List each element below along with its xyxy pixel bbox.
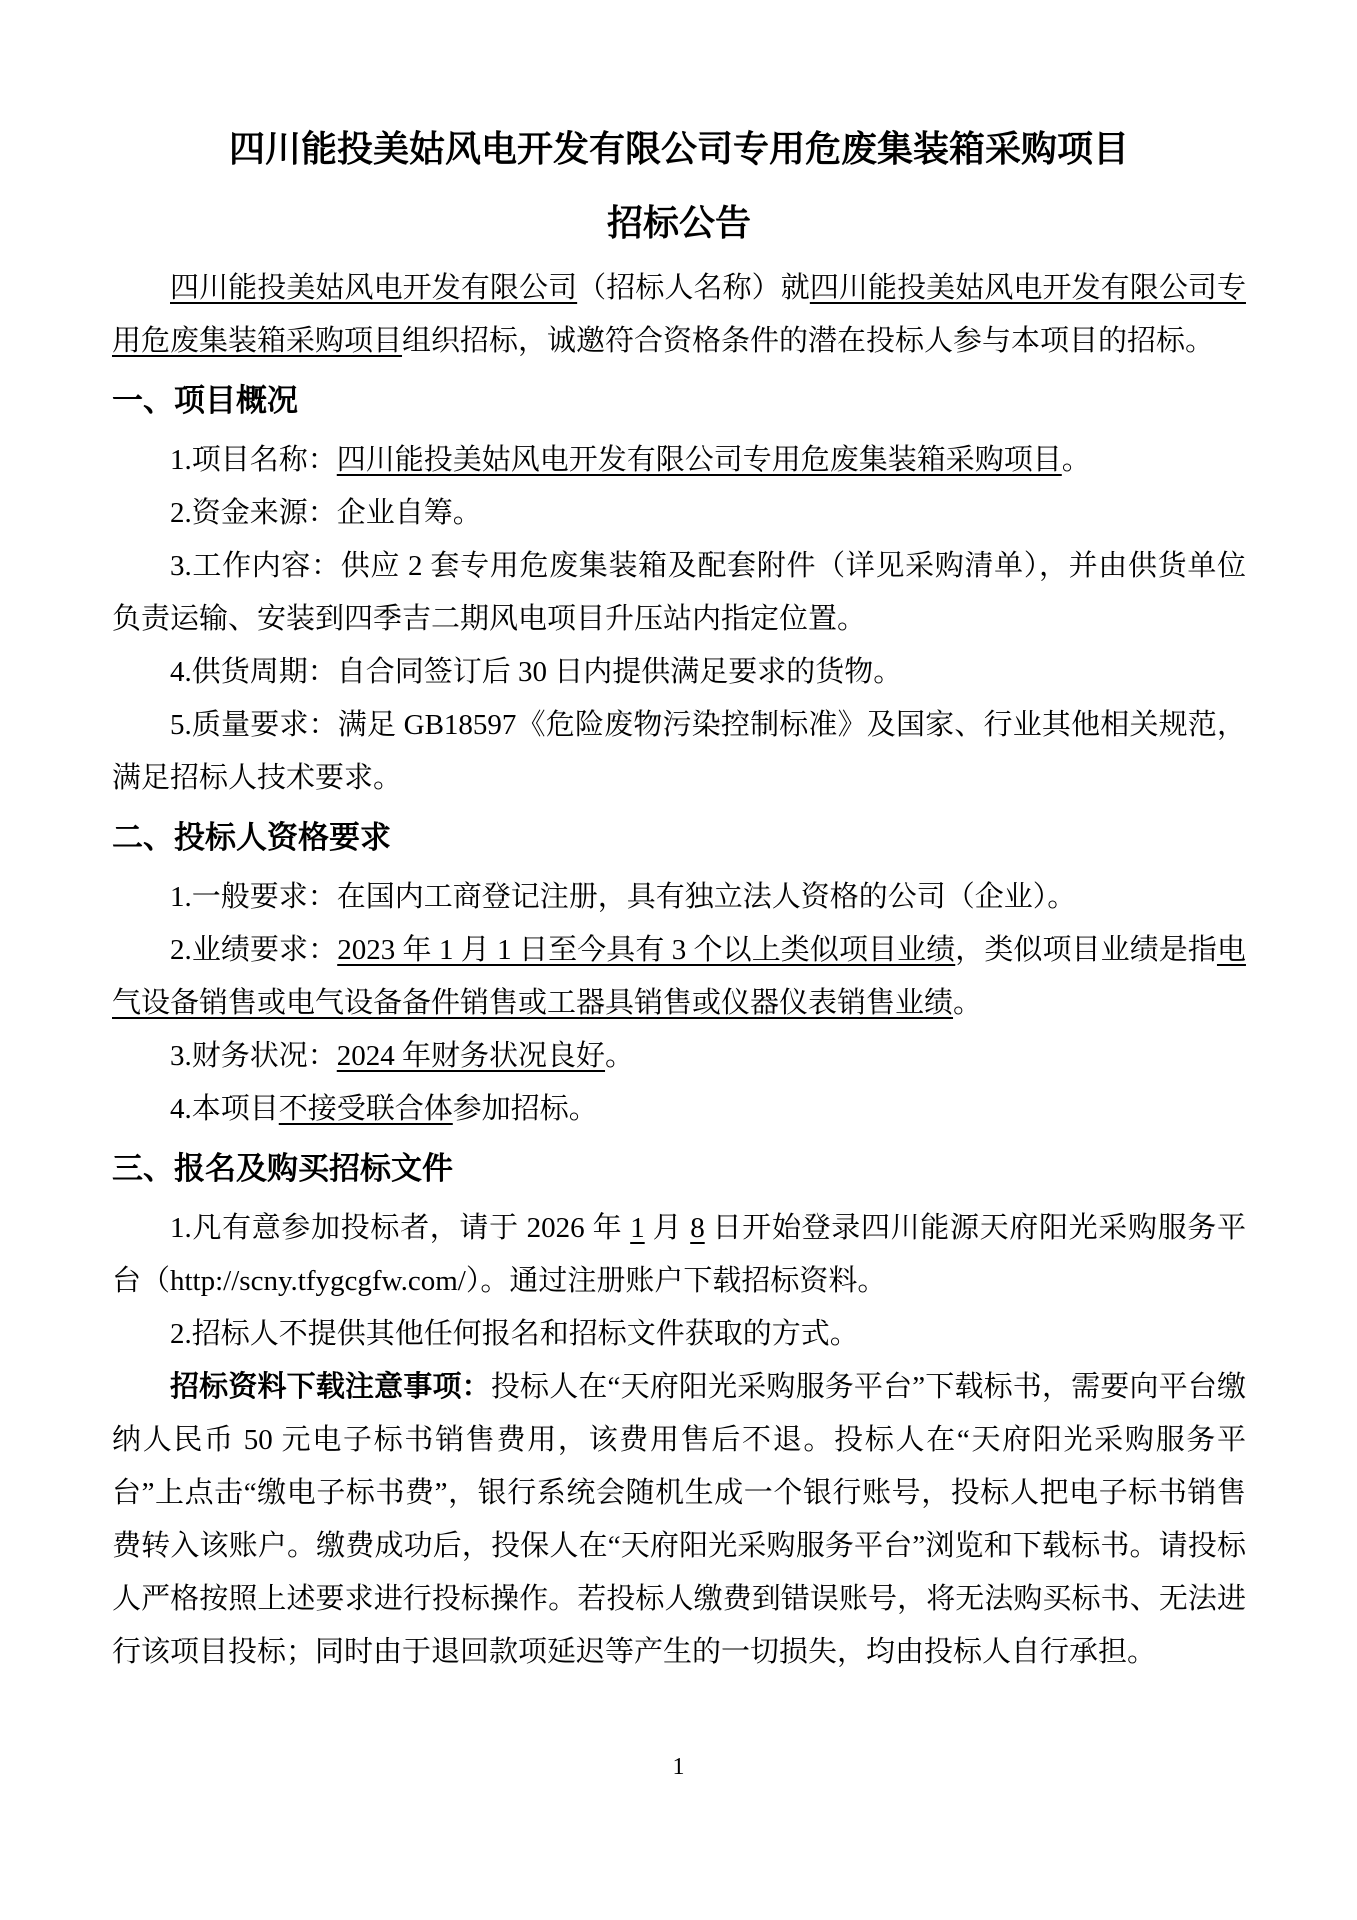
intro-paragraph: 四川能投美姑风电开发有限公司（招标人名称）就四川能投美姑风电开发有限公司专用危废… (112, 262, 1246, 368)
text-run: 。 (605, 1040, 634, 1072)
text-run: 。 (1062, 444, 1091, 476)
download-notice-paragraph: 招标资料下载注意事项：投标人在“天府阳光采购服务平台”下载标书，需要向平台缴纳人… (112, 1361, 1246, 1679)
text-run: 1.项目名称： (170, 444, 337, 476)
text-run: 三、报名及购买招标文件 (112, 1151, 453, 1186)
text-run: 2.招标人不提供其他任何报名和招标文件获取的方式。 (170, 1318, 859, 1350)
text-run: 3.财务状况： (170, 1040, 337, 1072)
text-run: 3.工作内容：供应 2 套专用危废集装箱及配套附件（详见采购清单），并由供货单位… (112, 550, 1246, 635)
work-scope-item: 3.工作内容：供应 2 套专用危废集装箱及配套附件（详见采购清单），并由供货单位… (112, 540, 1246, 646)
text-run: 二、投标人资格要求 (112, 820, 391, 855)
text-run: 2.资金来源：企业自筹。 (170, 497, 482, 529)
no-other-method-item: 2.招标人不提供其他任何报名和招标文件获取的方式。 (112, 1308, 1246, 1361)
bold-text: 招标资料下载注意事项： (170, 1371, 491, 1403)
funding-source-item: 2.资金来源：企业自筹。 (112, 487, 1246, 540)
text-run: 投标人在“天府阳光采购服务平台”下载标书，需要向平台缴纳人民币 50 元电子标书… (112, 1371, 1246, 1668)
document-subtitle: 招标公告 (112, 186, 1246, 260)
underlined-text: 2023 年 1 月 1 日至今具有 3 个以上类似项目业绩 (337, 934, 955, 966)
text-run: 参加招标。 (453, 1093, 598, 1125)
registration-item: 1.凡有意参加投标者，请于 2026 年 1 月 8 日开始登录四川能源天府阳光… (112, 1202, 1246, 1308)
text-run: 一、项目概况 (112, 383, 298, 418)
delivery-period-item: 4.供货周期：自合同签订后 30 日内提供满足要求的货物。 (112, 646, 1246, 699)
section-3-heading: 三、报名及购买招标文件 (112, 1136, 1246, 1202)
text-run: 1.凡有意参加投标者，请于 2026 年 (170, 1212, 630, 1244)
text-run: （招标人名称）就 (577, 272, 810, 304)
text-run: 2.业绩要求： (170, 934, 337, 966)
text-run: 4.供货周期：自合同签订后 30 日内提供满足要求的货物。 (170, 656, 902, 688)
performance-requirement-item: 2.业绩要求：2023 年 1 月 1 日至今具有 3 个以上类似项目业绩，类似… (112, 924, 1246, 1030)
text-run: 1.一般要求：在国内工商登记注册，具有独立法人资格的公司（企业）。 (170, 881, 1076, 913)
text-run: 4.本项目 (170, 1093, 279, 1125)
text-run: 月 (645, 1212, 691, 1244)
section-1-heading: 一、项目概况 (112, 368, 1246, 434)
page-number: 1 (0, 1752, 1357, 1782)
underlined-text: 不接受联合体 (279, 1093, 453, 1125)
underlined-text: 8 (690, 1212, 705, 1244)
underlined-text: 1 (630, 1212, 645, 1244)
financial-status-item: 3.财务状况：2024 年财务状况良好。 (112, 1030, 1246, 1083)
document-page: 四川能投美姑风电开发有限公司专用危废集装箱采购项目 招标公告 四川能投美姑风电开… (0, 0, 1357, 1920)
section-2-heading: 二、投标人资格要求 (112, 805, 1246, 871)
document-body: 四川能投美姑风电开发有限公司（招标人名称）就四川能投美姑风电开发有限公司专用危废… (112, 262, 1246, 1679)
general-requirement-item: 1.一般要求：在国内工商登记注册，具有独立法人资格的公司（企业）。 (112, 871, 1246, 924)
text-run: 5.质量要求：满足 GB18597《危险废物污染控制标准》及国家、行业其他相关规… (112, 709, 1246, 794)
text-run: 。 (953, 987, 982, 1019)
document-title: 四川能投美姑风电开发有限公司专用危废集装箱采购项目 (112, 112, 1246, 186)
text-run: ，类似项目业绩是指 (955, 934, 1217, 966)
underlined-text: 2024 年财务状况良好 (337, 1040, 605, 1072)
document-content: 四川能投美姑风电开发有限公司专用危废集装箱采购项目 招标公告 四川能投美姑风电开… (112, 112, 1246, 1679)
underlined-text: 四川能投美姑风电开发有限公司 (170, 272, 577, 304)
consortium-item: 4.本项目不接受联合体参加招标。 (112, 1083, 1246, 1136)
quality-requirement-item: 5.质量要求：满足 GB18597《危险废物污染控制标准》及国家、行业其他相关规… (112, 699, 1246, 805)
underlined-text: 四川能投美姑风电开发有限公司专用危废集装箱采购项目 (337, 444, 1062, 476)
project-name-item: 1.项目名称：四川能投美姑风电开发有限公司专用危废集装箱采购项目。 (112, 434, 1246, 487)
text-run: 组织招标，诚邀符合资格条件的潜在投标人参与本项目的招标。 (402, 325, 1214, 357)
